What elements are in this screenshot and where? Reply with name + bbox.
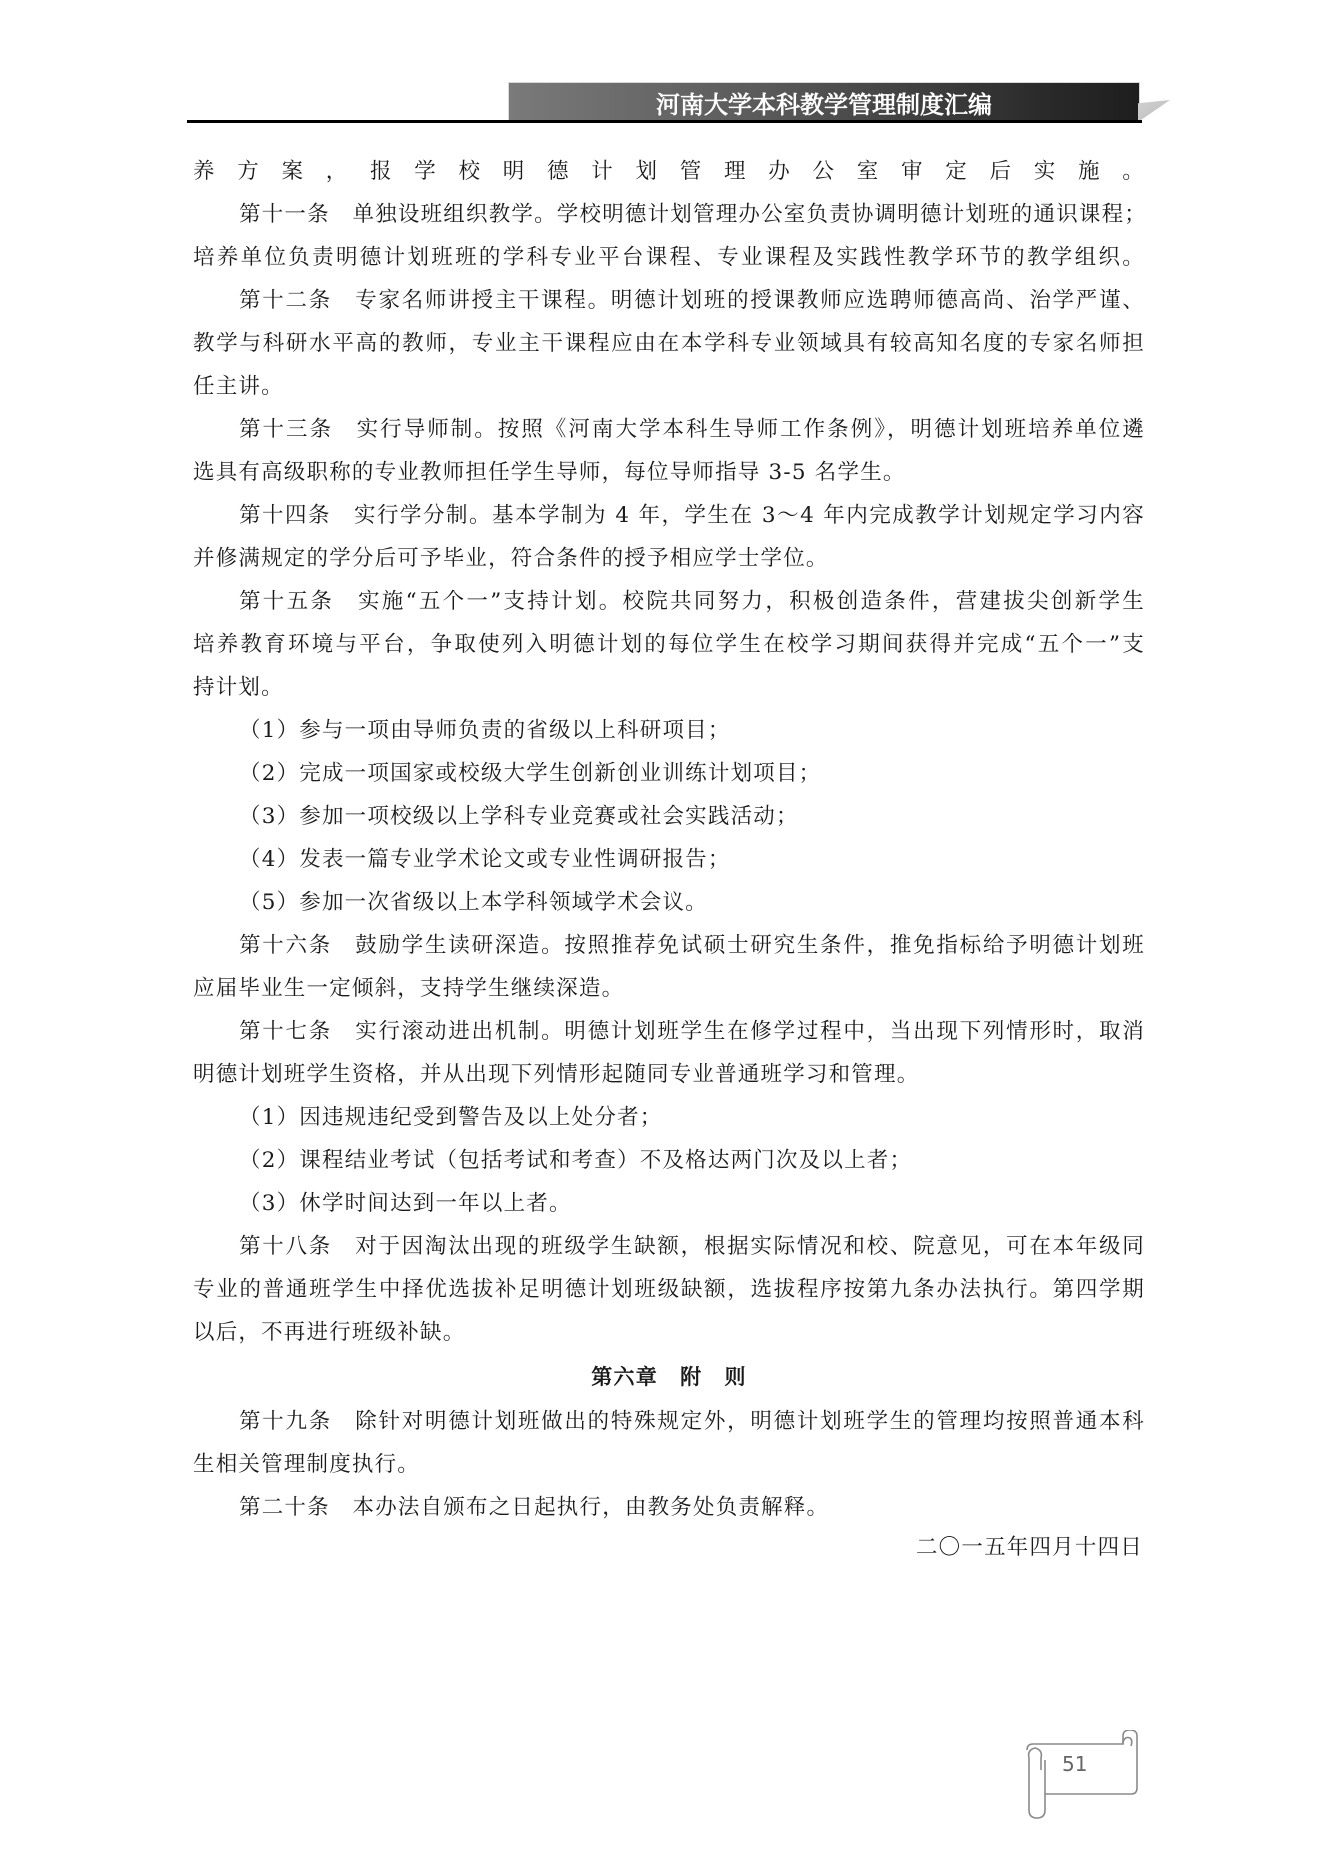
chapter-heading: 第六章 附 则 [193,1354,1145,1400]
paragraph-line: 养方案，报学校明德计划管理办公室审定后实施。 [193,150,1145,193]
paragraph-line: 教学与科研水平高的教师，专业主干课程应由在本学科专业领域具有较高知名度的专家名师… [193,322,1145,365]
article-17: 第十七条 实行滚动进出机制。明德计划班学生在修学过程中，当出现下列情形时，取消 [193,1010,1145,1053]
list-item: （1）因违规违纪受到警告及以上处分者； [193,1096,1145,1139]
page-number: 51 [1062,1752,1087,1776]
paragraph-line: 生相关管理制度执行。 [193,1443,1145,1486]
document-body: 养方案，报学校明德计划管理办公室审定后实施。 第十一条 单独设班组织教学。学校明… [193,150,1145,1529]
paragraph-line: 培养单位负责明德计划班班的学科专业平台课程、专业课程及实践性教学环节的教学组织。 [193,236,1145,279]
paragraph-line: 以后，不再进行班级补缺。 [193,1311,1145,1354]
paragraph-line: 培养教育环境与平台，争取使列入明德计划的每位学生在校学习期间获得并完成“五个一”… [193,623,1145,666]
paragraph-line: 持计划。 [193,666,1145,709]
header-banner: 河南大学本科教学管理制度汇编 [508,82,1140,122]
paragraph-line: 专业的普通班学生中择优选拔补足明德计划班级缺额，选拔程序按第九条办法执行。第四学… [193,1268,1145,1311]
list-item: （1）参与一项由导师负责的省级以上科研项目； [193,709,1145,752]
paragraph-line: 任主讲。 [193,365,1145,408]
article-12: 第十二条 专家名师讲授主干课程。明德计划班的授课教师应选聘师德高尚、治学严谨、 [193,279,1145,322]
paragraph-line: 选具有高级职称的专业教师担任学生导师，每位导师指导 3-5 名学生。 [193,451,1145,494]
article-11: 第十一条 单独设班组织教学。学校明德计划管理办公室负责协调明德计划班的通识课程； [193,193,1145,236]
header-rule [187,120,1142,123]
list-item: （3）参加一项校级以上学科专业竞赛或社会实践活动； [193,795,1145,838]
header-title: 河南大学本科教学管理制度汇编 [656,85,992,120]
paragraph-line: 应届毕业生一定倾斜，支持学生继续深造。 [193,967,1145,1010]
list-item: （4）发表一篇专业学术论文或专业性调研报告； [193,838,1145,881]
paragraph-line: 明德计划班学生资格，并从出现下列情形起随同专业普通班学习和管理。 [193,1053,1145,1096]
article-14: 第十四条 实行学分制。基本学制为 4 年，学生在 3～4 年内完成教学计划规定学… [193,494,1145,537]
issue-date: 二〇一五年四月十四日 [916,1530,1143,1561]
article-18: 第十八条 对于因淘汰出现的班级学生缺额，根据实际情况和校、院意见，可在本年级同 [193,1225,1145,1268]
paragraph-line: 并修满规定的学分后可予毕业，符合条件的授予相应学士学位。 [193,537,1145,580]
list-item: （2）课程结业考试（包括考试和考查）不及格达两门次及以上者； [193,1139,1145,1182]
header-banner-shadow [1138,100,1170,122]
article-19: 第十九条 除针对明德计划班做出的特殊规定外，明德计划班学生的管理均按照普通本科 [193,1400,1145,1443]
article-15: 第十五条 实施“五个一”支持计划。校院共同努力，积极创造条件，营建拔尖创新学生 [193,580,1145,623]
article-20: 第二十条 本办法自颁布之日起执行，由教务处负责解释。 [193,1486,1145,1529]
article-13: 第十三条 实行导师制。按照《河南大学本科生导师工作条例》，明德计划班培养单位遴 [193,408,1145,451]
list-item: （2）完成一项国家或校级大学生创新创业训练计划项目； [193,752,1145,795]
list-item: （5）参加一次省级以上本学科领域学术会议。 [193,881,1145,924]
article-16: 第十六条 鼓励学生读研深造。按照推荐免试硕士研究生条件，推免指标给予明德计划班 [193,924,1145,967]
list-item: （3）休学时间达到一年以上者。 [193,1182,1145,1225]
